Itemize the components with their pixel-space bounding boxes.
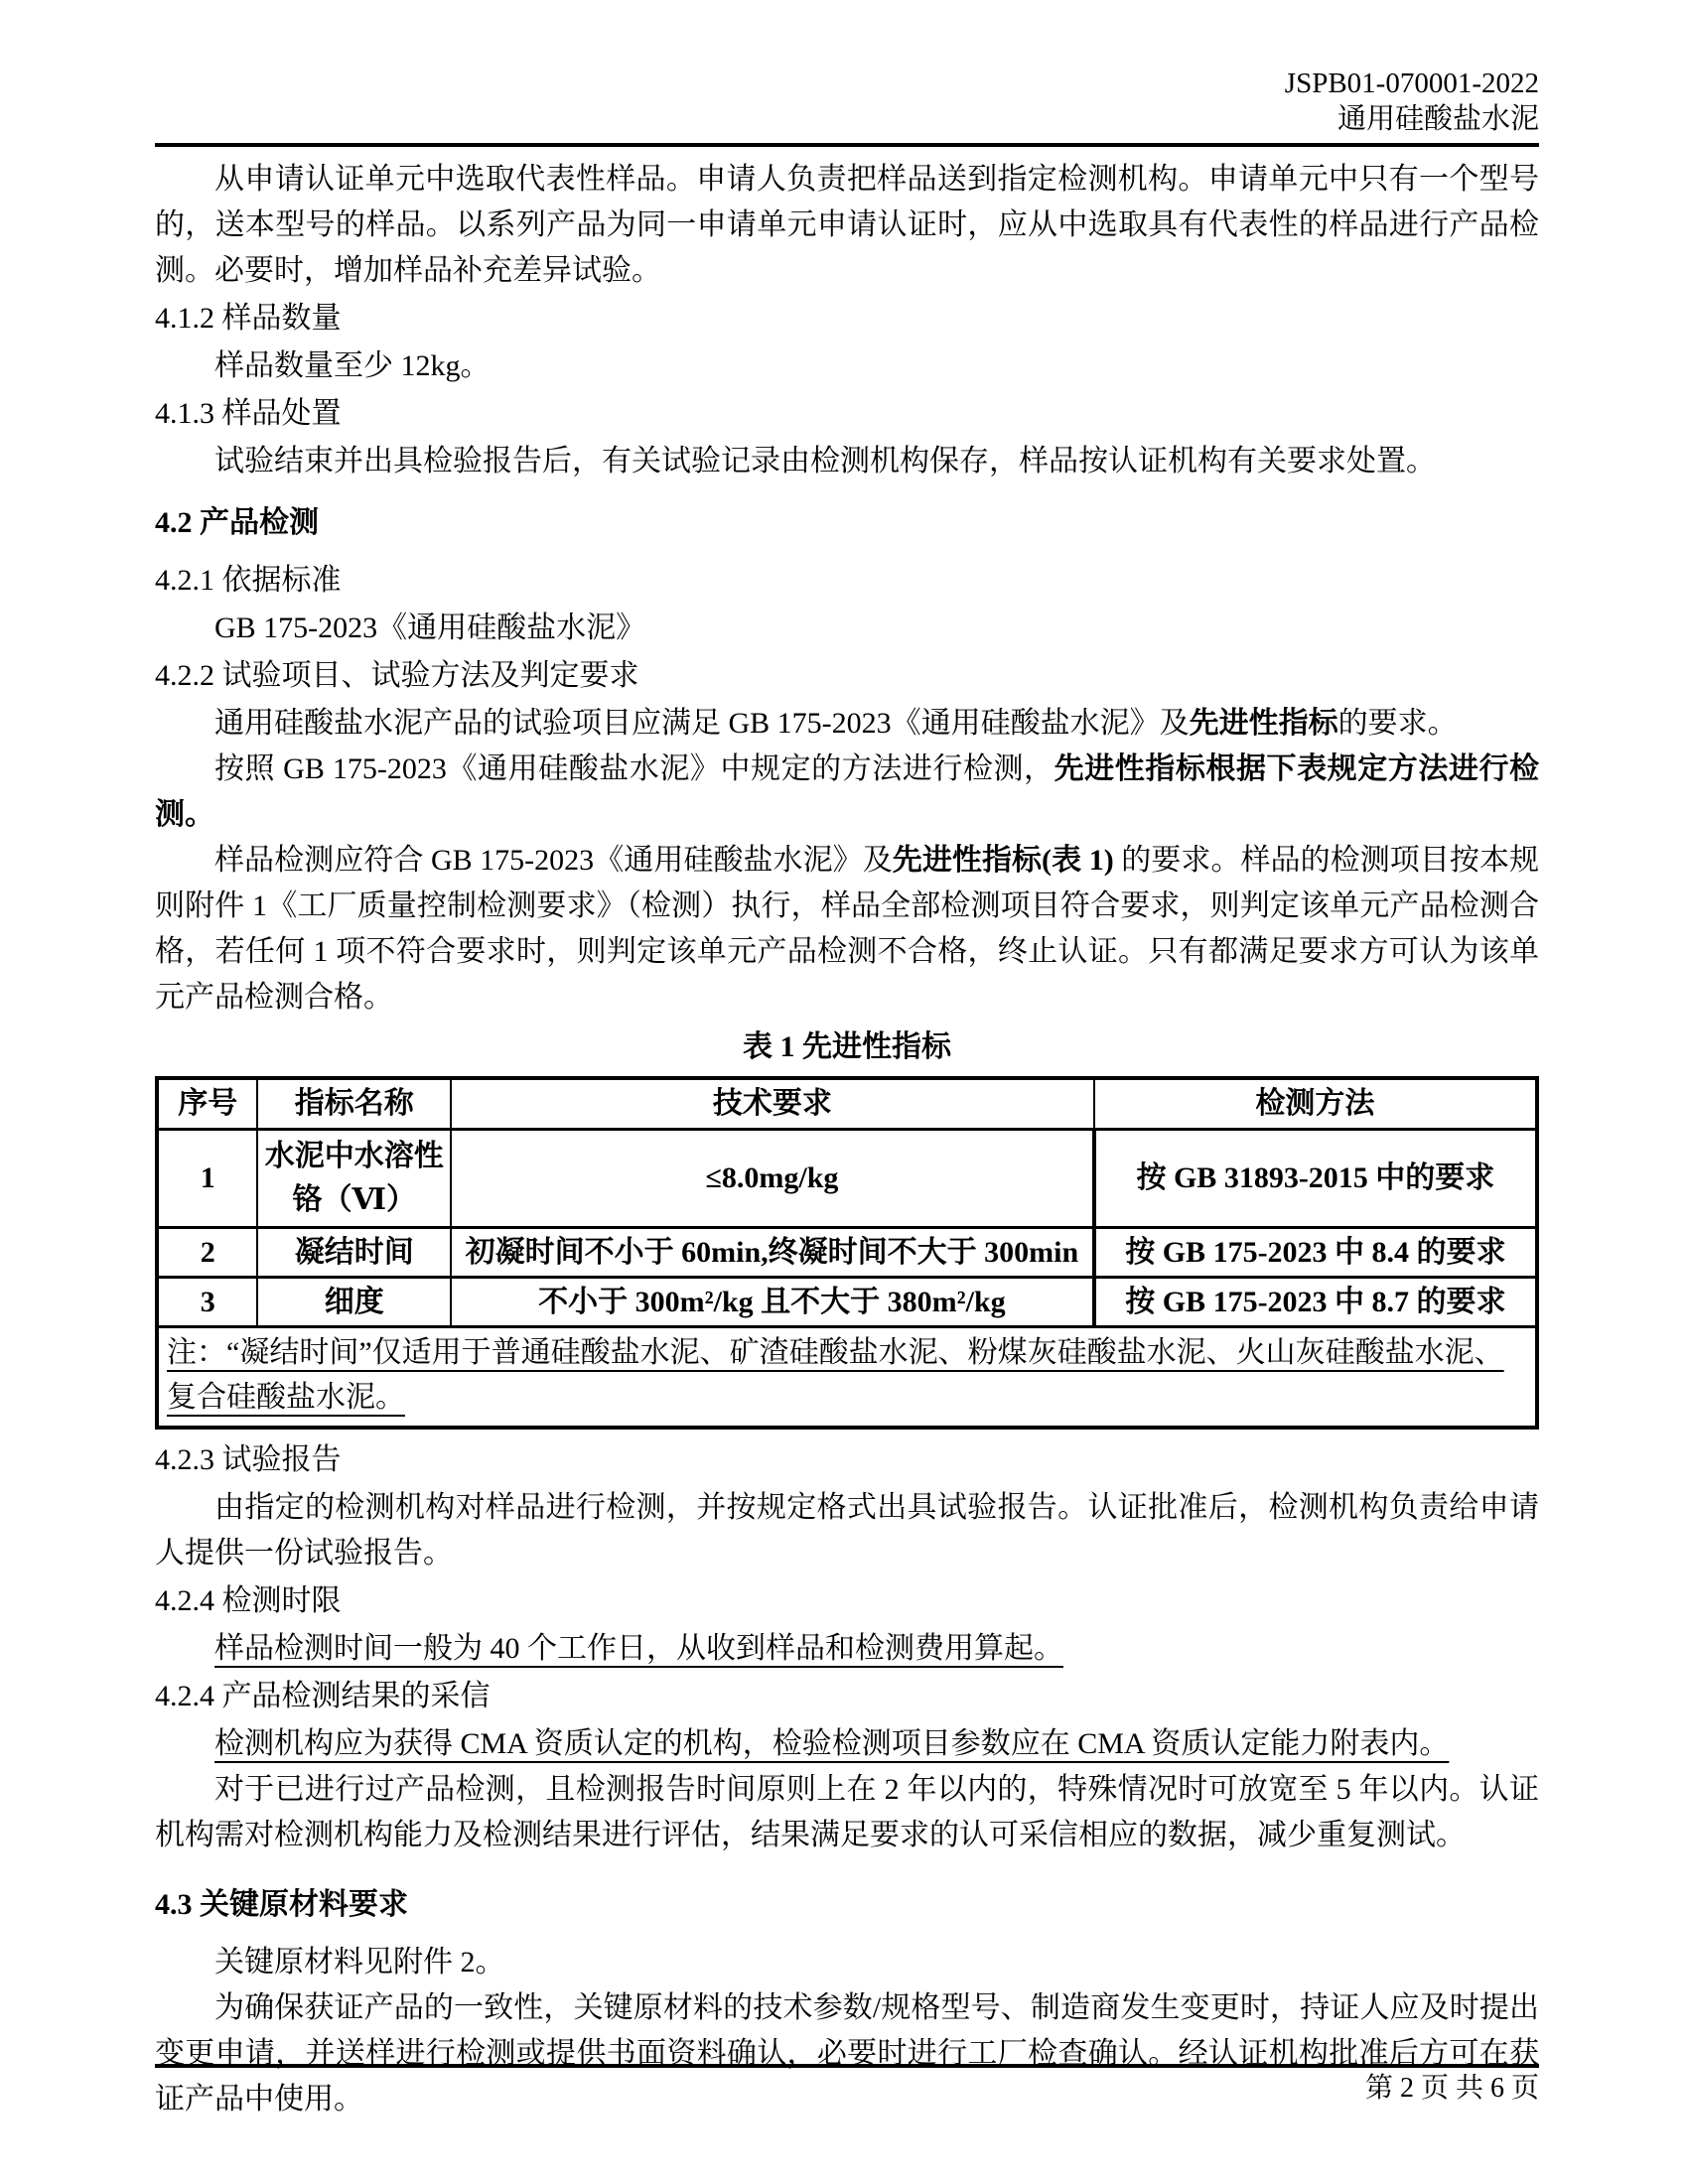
- underlined-text: 样品检测时间一般为 40 个工作日，从收到样品和检测费用算起。: [214, 1632, 1063, 1665]
- column-header-requirement: 技术要求: [451, 1078, 1094, 1130]
- cell-method: 按 GB 31893-2015 中的要求: [1094, 1130, 1537, 1228]
- cell-name: 水泥中水溶性铬（Ⅵ）: [257, 1130, 451, 1228]
- column-header-no: 序号: [157, 1078, 257, 1130]
- text-run: 通用硅酸盐水泥产品的试验项目应满足 GB 175-2023《通用硅酸盐水泥》及: [214, 707, 1190, 740]
- heading-4-3: 4.3 关键原材料要求: [155, 1882, 1539, 1928]
- heading-4-2: 4.2 产品检测: [155, 500, 1539, 546]
- table-row: 2 凝结时间 初凝时间不小于 60min,终凝时间不大于 300min 按 GB…: [157, 1228, 1537, 1278]
- text-run: 的要求。: [1338, 707, 1458, 740]
- paragraph-4-2-4-time-limit: 样品检测时间一般为 40 个工作日，从收到样品和检测费用算起。: [155, 1626, 1539, 1672]
- heading-4-2-2: 4.2.2 试验项目、试验方法及判定要求: [155, 653, 1539, 699]
- paragraph-4-2-2-a: 通用硅酸盐水泥产品的试验项目应满足 GB 175-2023《通用硅酸盐水泥》及先…: [155, 701, 1539, 747]
- text-run: 样品检测应符合 GB 175-2023《通用硅酸盐水泥》及: [214, 844, 893, 877]
- paragraph-4-2-2-c: 样品检测应符合 GB 175-2023《通用硅酸盐水泥》及先进性指标(表 1) …: [155, 838, 1539, 1021]
- cell-requirement: ≤8.0mg/kg: [451, 1130, 1094, 1228]
- cell-no: 2: [157, 1228, 257, 1278]
- table-1-caption: 表 1 先进性指标: [155, 1024, 1539, 1070]
- doc-title: 通用硅酸盐水泥: [155, 101, 1539, 137]
- cell-method: 按 GB 175-2023 中 8.7 的要求: [1094, 1278, 1537, 1327]
- text-run-bold: 先进性指标: [1190, 707, 1338, 740]
- document-body: 从申请认证单元中选取代表性样品。申请人负责把样品送到指定检测机构。申请单元中只有…: [155, 157, 1539, 2122]
- heading-4-2-4-acceptance: 4.2.4 产品检测结果的采信: [155, 1674, 1539, 1719]
- text-run: 按照 GB 175-2023《通用硅酸盐水泥》中规定的方法进行检测，: [214, 752, 1055, 785]
- cell-no: 3: [157, 1278, 257, 1327]
- document-page: JSPB01-070001-2022 通用硅酸盐水泥 从申请认证单元中选取代表性…: [0, 0, 1688, 2184]
- table-row: 1 水泥中水溶性铬（Ⅵ） ≤8.0mg/kg 按 GB 31893-2015 中…: [157, 1130, 1537, 1228]
- cell-name: 凝结时间: [257, 1228, 451, 1278]
- cell-method: 按 GB 175-2023 中 8.4 的要求: [1094, 1228, 1537, 1278]
- doc-number: JSPB01-070001-2022: [155, 66, 1539, 101]
- cell-name: 细度: [257, 1278, 451, 1327]
- heading-4-1-2: 4.1.2 样品数量: [155, 296, 1539, 341]
- paragraph-4-1-3: 试验结束并出具检验报告后，有关试验记录由检测机构保存，样品按认证机构有关要求处置…: [155, 439, 1539, 484]
- table-header-row: 序号 指标名称 技术要求 检测方法: [157, 1078, 1537, 1130]
- underlined-text: 检测机构应为获得 CMA 资质认定的机构，检验检测项目参数应在 CMA 资质认定…: [214, 1727, 1449, 1760]
- table-note: 注：“凝结时间”仅适用于普通硅酸盐水泥、矿渣硅酸盐水泥、粉煤灰硅酸盐水泥、火山灰…: [157, 1327, 1537, 1429]
- page-number: 第 2 页 共 6 页: [1365, 2073, 1539, 2104]
- page-footer: 第 2 页 共 6 页: [155, 2064, 1539, 2106]
- heading-4-2-1: 4.2.1 依据标准: [155, 558, 1539, 604]
- heading-4-2-3: 4.2.3 试验报告: [155, 1437, 1539, 1483]
- cell-requirement: 不小于 300m²/kg 且不大于 380m²/kg: [451, 1278, 1094, 1327]
- heading-4-1-3: 4.1.3 样品处置: [155, 391, 1539, 437]
- paragraph-4-3-a: 关键原材料见附件 2。: [155, 1940, 1539, 1985]
- paragraph-4-2-2-b: 按照 GB 175-2023《通用硅酸盐水泥》中规定的方法进行检测，先进性指标根…: [155, 747, 1539, 838]
- paragraph-4-2-3: 由指定的检测机构对样品进行检测，并按规定格式出具试验报告。认证批准后，检测机构负…: [155, 1485, 1539, 1576]
- paragraph-4-2-1: GB 175-2023《通用硅酸盐水泥》: [155, 606, 1539, 651]
- paragraph-sample-selection: 从申请认证单元中选取代表性样品。申请人负责把样品送到指定检测机构。申请单元中只有…: [155, 157, 1539, 294]
- paragraph-4-2-4-reuse: 对于已进行过产品检测，且检测报告时间原则上在 2 年以内的，特殊情况时可放宽至 …: [155, 1767, 1539, 1858]
- heading-4-2-4-time-limit: 4.2.4 检测时限: [155, 1578, 1539, 1624]
- table-advanced-indicators: 序号 指标名称 技术要求 检测方法 1 水泥中水溶性铬（Ⅵ） ≤8.0mg/kg…: [155, 1076, 1539, 1430]
- paragraph-4-2-4-cma: 检测机构应为获得 CMA 资质认定的机构，检验检测项目参数应在 CMA 资质认定…: [155, 1721, 1539, 1767]
- cell-no: 1: [157, 1130, 257, 1228]
- table-note-row: 注：“凝结时间”仅适用于普通硅酸盐水泥、矿渣硅酸盐水泥、粉煤灰硅酸盐水泥、火山灰…: [157, 1327, 1537, 1429]
- paragraph-4-1-2: 样品数量至少 12kg。: [155, 343, 1539, 389]
- cell-requirement: 初凝时间不小于 60min,终凝时间不大于 300min: [451, 1228, 1094, 1278]
- column-header-method: 检测方法: [1094, 1078, 1537, 1130]
- table-row: 3 细度 不小于 300m²/kg 且不大于 380m²/kg 按 GB 175…: [157, 1278, 1537, 1327]
- text-run-bold: 先进性指标(表 1): [893, 844, 1114, 877]
- page-header: JSPB01-070001-2022 通用硅酸盐水泥: [155, 66, 1539, 147]
- table-note-text: 注：“凝结时间”仅适用于普通硅酸盐水泥、矿渣硅酸盐水泥、粉煤灰硅酸盐水泥、火山灰…: [167, 1336, 1504, 1414]
- column-header-name: 指标名称: [257, 1078, 451, 1130]
